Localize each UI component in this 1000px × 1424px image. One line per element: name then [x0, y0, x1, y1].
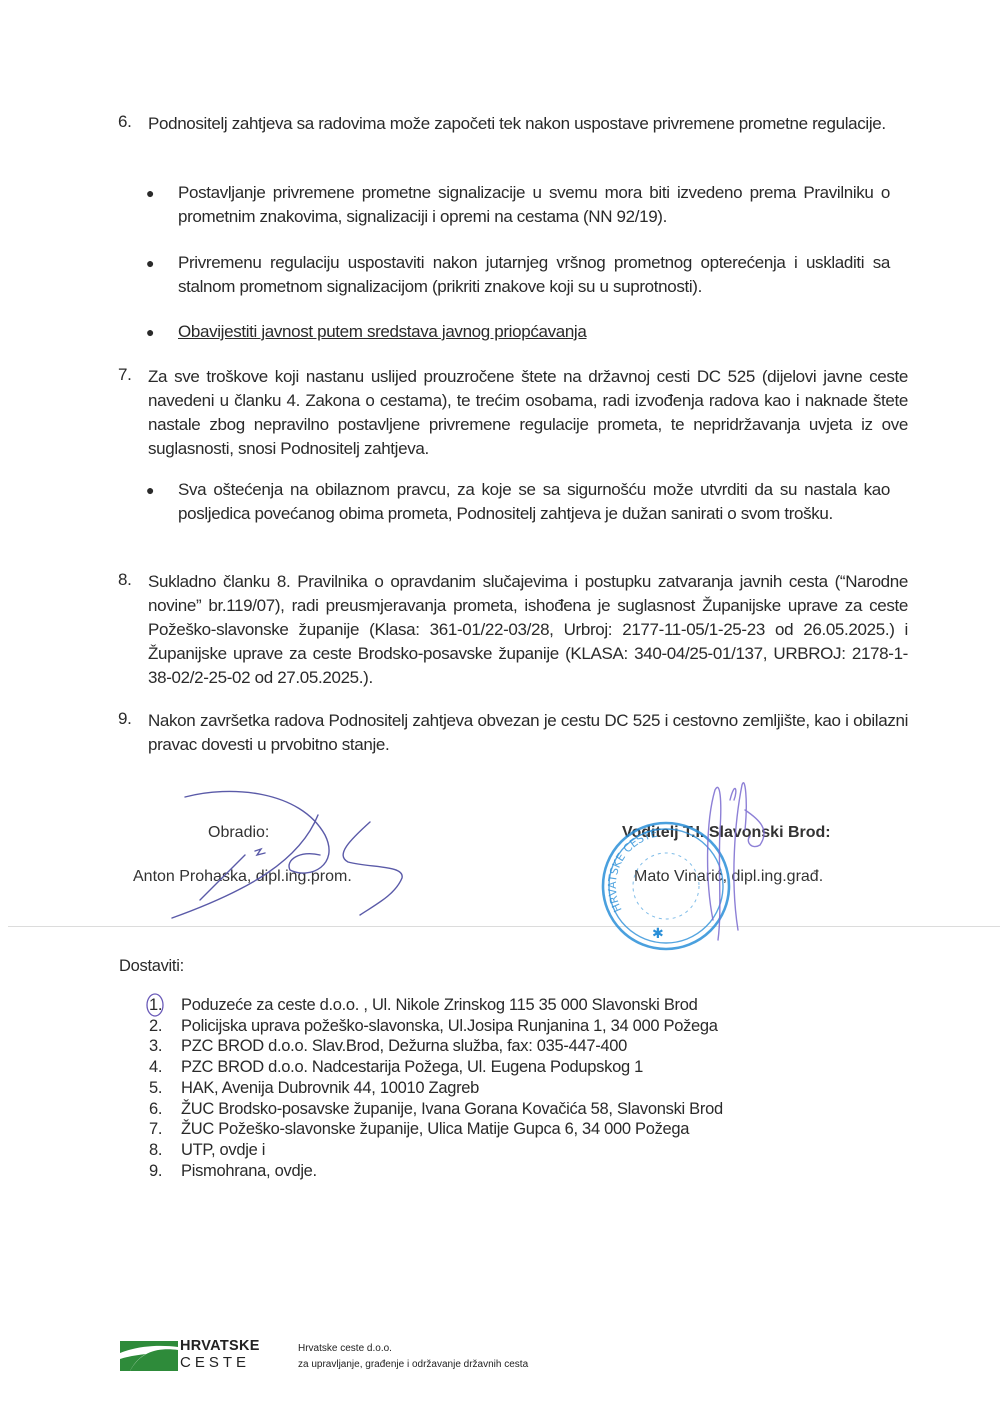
- clause-7-bullet-1: ● Sva oštećenja na obilaznom pravcu, za …: [146, 478, 890, 526]
- clause-8: 8. Sukladno članku 8. Pravilnika o oprav…: [118, 570, 908, 690]
- clause-number: 6.: [118, 112, 131, 132]
- logo-mark-icon: [120, 1341, 178, 1371]
- list-item: 6.ŽUC Brodsko-posavske županije, Ivana G…: [149, 1099, 723, 1120]
- clause-7: 7. Za sve troškove koji nastanu uslijed …: [118, 365, 908, 461]
- logo-line2: CESTE: [180, 1354, 250, 1371]
- bullet-icon: ●: [146, 478, 154, 502]
- clause-number: 8.: [118, 570, 131, 590]
- footer-tagline: za upravljanje, građenje i održavanje dr…: [298, 1359, 528, 1370]
- bullet-text: Postavljanje privremene prometne signali…: [178, 181, 890, 229]
- signature-right-icon: [708, 783, 764, 940]
- list-item: 7.ŽUC Požeško-slavonske županije, Ulica …: [149, 1119, 723, 1140]
- list-item: 3.PZC BROD d.o.o. Slav.Brod, Dežurna slu…: [149, 1036, 723, 1057]
- signature-left-icon: [172, 791, 402, 918]
- prepared-by-label: Obradio:: [208, 824, 269, 842]
- clause-6-bullet-2: ● Privremenu regulaciju uspostaviti nako…: [146, 251, 890, 299]
- page-divider: [8, 926, 1000, 927]
- clause-text: Sukladno članku 8. Pravilnika o opravdan…: [148, 570, 908, 690]
- list-item: 9.Pismohrana, ovdje.: [149, 1161, 723, 1182]
- distribution-list: 1.Poduzeće za ceste d.o.o. , Ul. Nikole …: [149, 995, 723, 1181]
- clause-6-bullet-3: ● Obavijestiti javnost putem sredstava j…: [146, 320, 890, 344]
- manager-label: Voditelj T.I. Slavonski Brod:: [622, 824, 831, 842]
- bullet-text: Privremenu regulaciju uspostaviti nakon …: [178, 251, 890, 299]
- clause-6-bullet-1: ● Postavljanje privremene prometne signa…: [146, 181, 890, 229]
- distribution-title: Dostaviti:: [119, 957, 184, 976]
- manager-name: Mato Vinarić, dipl.ing.građ.: [634, 868, 823, 886]
- clause-number: 9.: [118, 709, 131, 729]
- clause-text: Podnositelj zahtjeva sa radovima može za…: [148, 112, 908, 136]
- footer-company: Hrvatske ceste d.o.o.: [298, 1343, 392, 1354]
- clause-9: 9. Nakon završetka radova Podnositelj za…: [118, 709, 908, 757]
- bullet-icon: ●: [146, 320, 154, 344]
- list-item: 4.PZC BROD d.o.o. Nadcestarija Požega, U…: [149, 1057, 723, 1078]
- logo-line1: HRVATSKE: [180, 1338, 260, 1354]
- list-item: 8.UTP, ovdje i: [149, 1140, 723, 1161]
- list-item: 2.Policijska uprava požeško-slavonska, U…: [149, 1016, 723, 1037]
- clause-number: 7.: [118, 365, 131, 385]
- list-item: 1.Poduzeće za ceste d.o.o. , Ul. Nikole …: [149, 995, 723, 1016]
- svg-text:✱: ✱: [652, 926, 664, 942]
- bullet-icon: ●: [146, 181, 154, 205]
- clause-text: Nakon završetka radova Podnositelj zahtj…: [148, 709, 908, 757]
- bullet-icon: ●: [146, 251, 154, 275]
- clause-text: Za sve troškove koji nastanu uslijed pro…: [148, 365, 908, 461]
- clause-6: 6. Podnositelj zahtjeva sa radovima može…: [118, 112, 908, 136]
- list-item: 5.HAK, Avenija Dubrovnik 44, 10010 Zagre…: [149, 1078, 723, 1099]
- bullet-text: Sva oštećenja na obilaznom pravcu, za ko…: [178, 478, 890, 526]
- bullet-text-underlined: Obavijestiti javnost putem sredstava jav…: [178, 322, 586, 341]
- prepared-by-name: Anton Prohaska, dipl.ing.prom.: [133, 868, 352, 886]
